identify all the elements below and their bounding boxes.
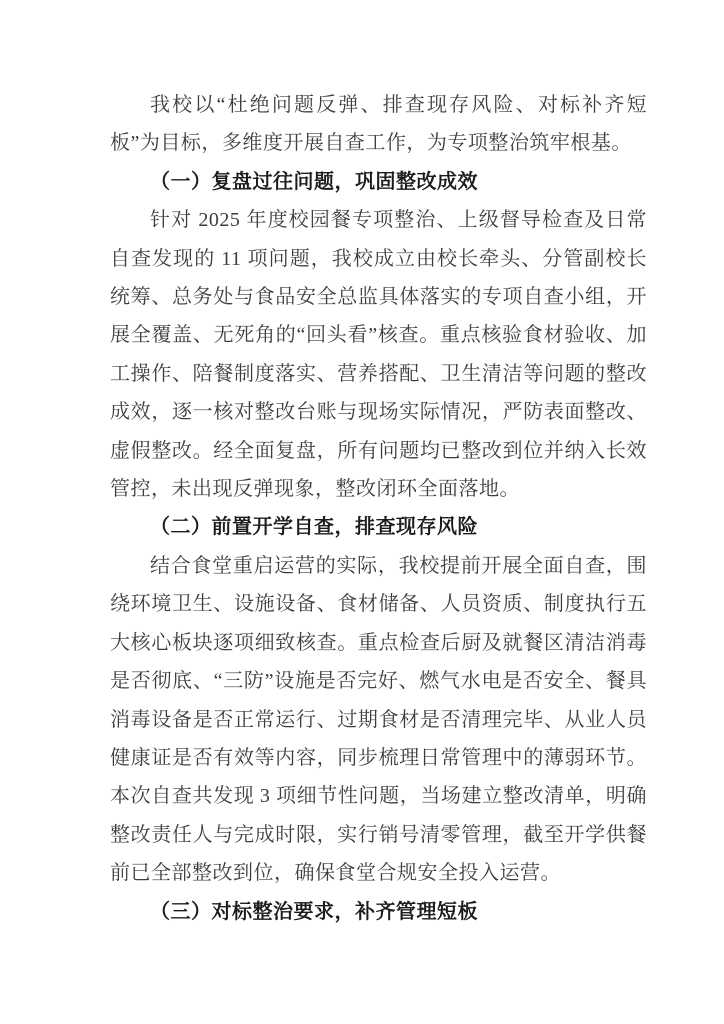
document-body: 我校以“杜绝问题反弹、排查现存风险、对标补齐短板”为目标，多维度开展自查工作，为… [110,86,647,931]
paragraph-intro: 我校以“杜绝问题反弹、排查现存风险、对标补齐短板”为目标，多维度开展自查工作，为… [110,86,647,163]
section-heading-2: （二）前置开学自查，排查现存风险 [110,508,647,546]
paragraph-section-2: 结合食堂重启运营的实际，我校提前开展全面自查，围绕环境卫生、设施设备、食材储备、… [110,547,647,893]
document-page: 我校以“杜绝问题反弹、排查现存风险、对标补齐短板”为目标，多维度开展自查工作，为… [0,0,724,1024]
paragraph-section-1: 针对 2025 年度校园餐专项整治、上级督导检查及日常自查发现的 11 项问题，… [110,201,647,508]
section-heading-3: （三）对标整治要求，补齐管理短板 [110,893,647,931]
section-heading-1: （一）复盘过往问题，巩固整改成效 [110,163,647,201]
